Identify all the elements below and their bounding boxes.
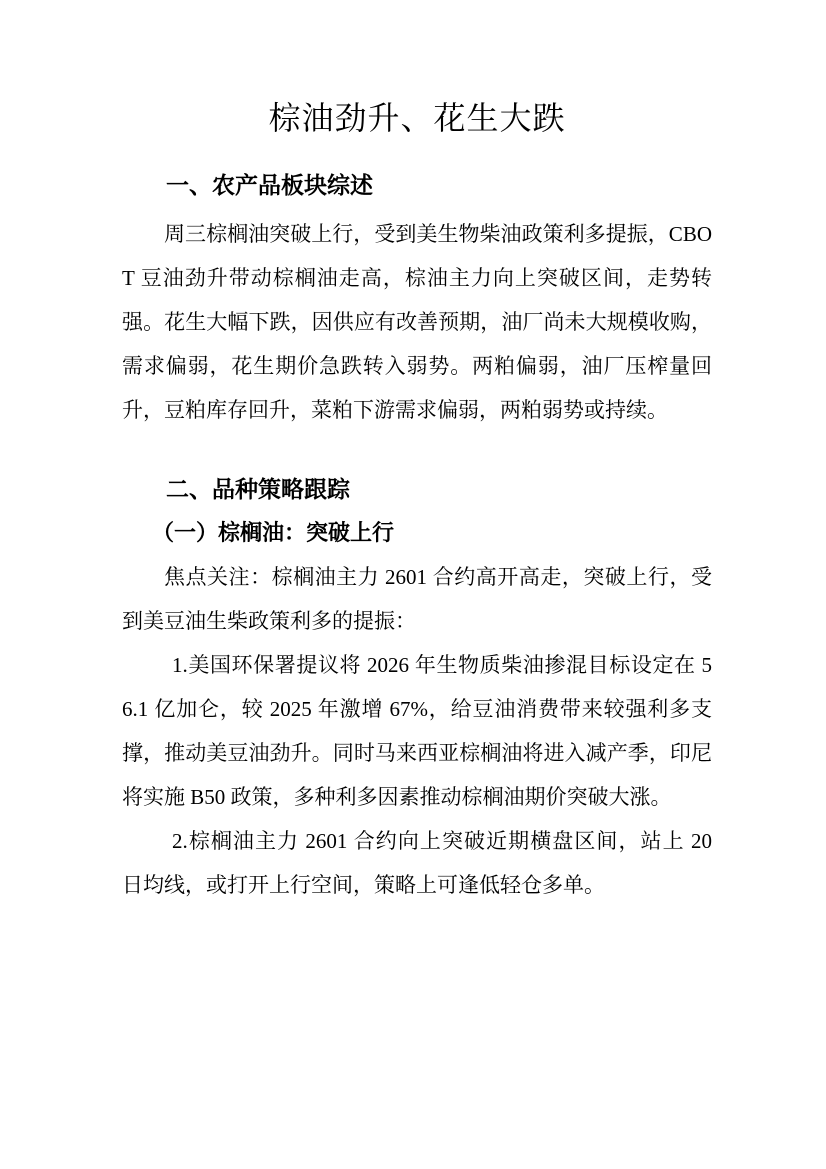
section-1-paragraph: 周三棕榈油突破上行，受到美生物柴油政策利多提振，CBOT 豆油劲升带动棕榈油走高… [122, 212, 712, 432]
page-title: 棕油劲升、花生大跌 [122, 98, 712, 138]
focus-lead-paragraph: 焦点关注：棕榈油主力 2601 合约高开高走，突破上行，受到美豆油生柴政策利多的… [122, 555, 712, 643]
section-2-heading: 二、品种策略跟踪 [122, 474, 712, 504]
subsection-palm-oil-heading: （一）棕榈油：突破上行 [122, 518, 712, 548]
point-paragraph-2: 2.棕榈油主力 2601 合约向上突破近期横盘区间，站上 20 日均线，或打开上… [122, 819, 712, 907]
document-page: 棕油劲升、花生大跌 一、农产品板块综述 周三棕榈油突破上行，受到美生物柴油政策利… [0, 0, 826, 1169]
point-paragraph-1: 1.美国环保署提议将 2026 年生物质柴油掺混目标设定在 56.1 亿加仑，较… [122, 643, 712, 819]
section-1-heading: 一、农产品板块综述 [122, 170, 712, 200]
